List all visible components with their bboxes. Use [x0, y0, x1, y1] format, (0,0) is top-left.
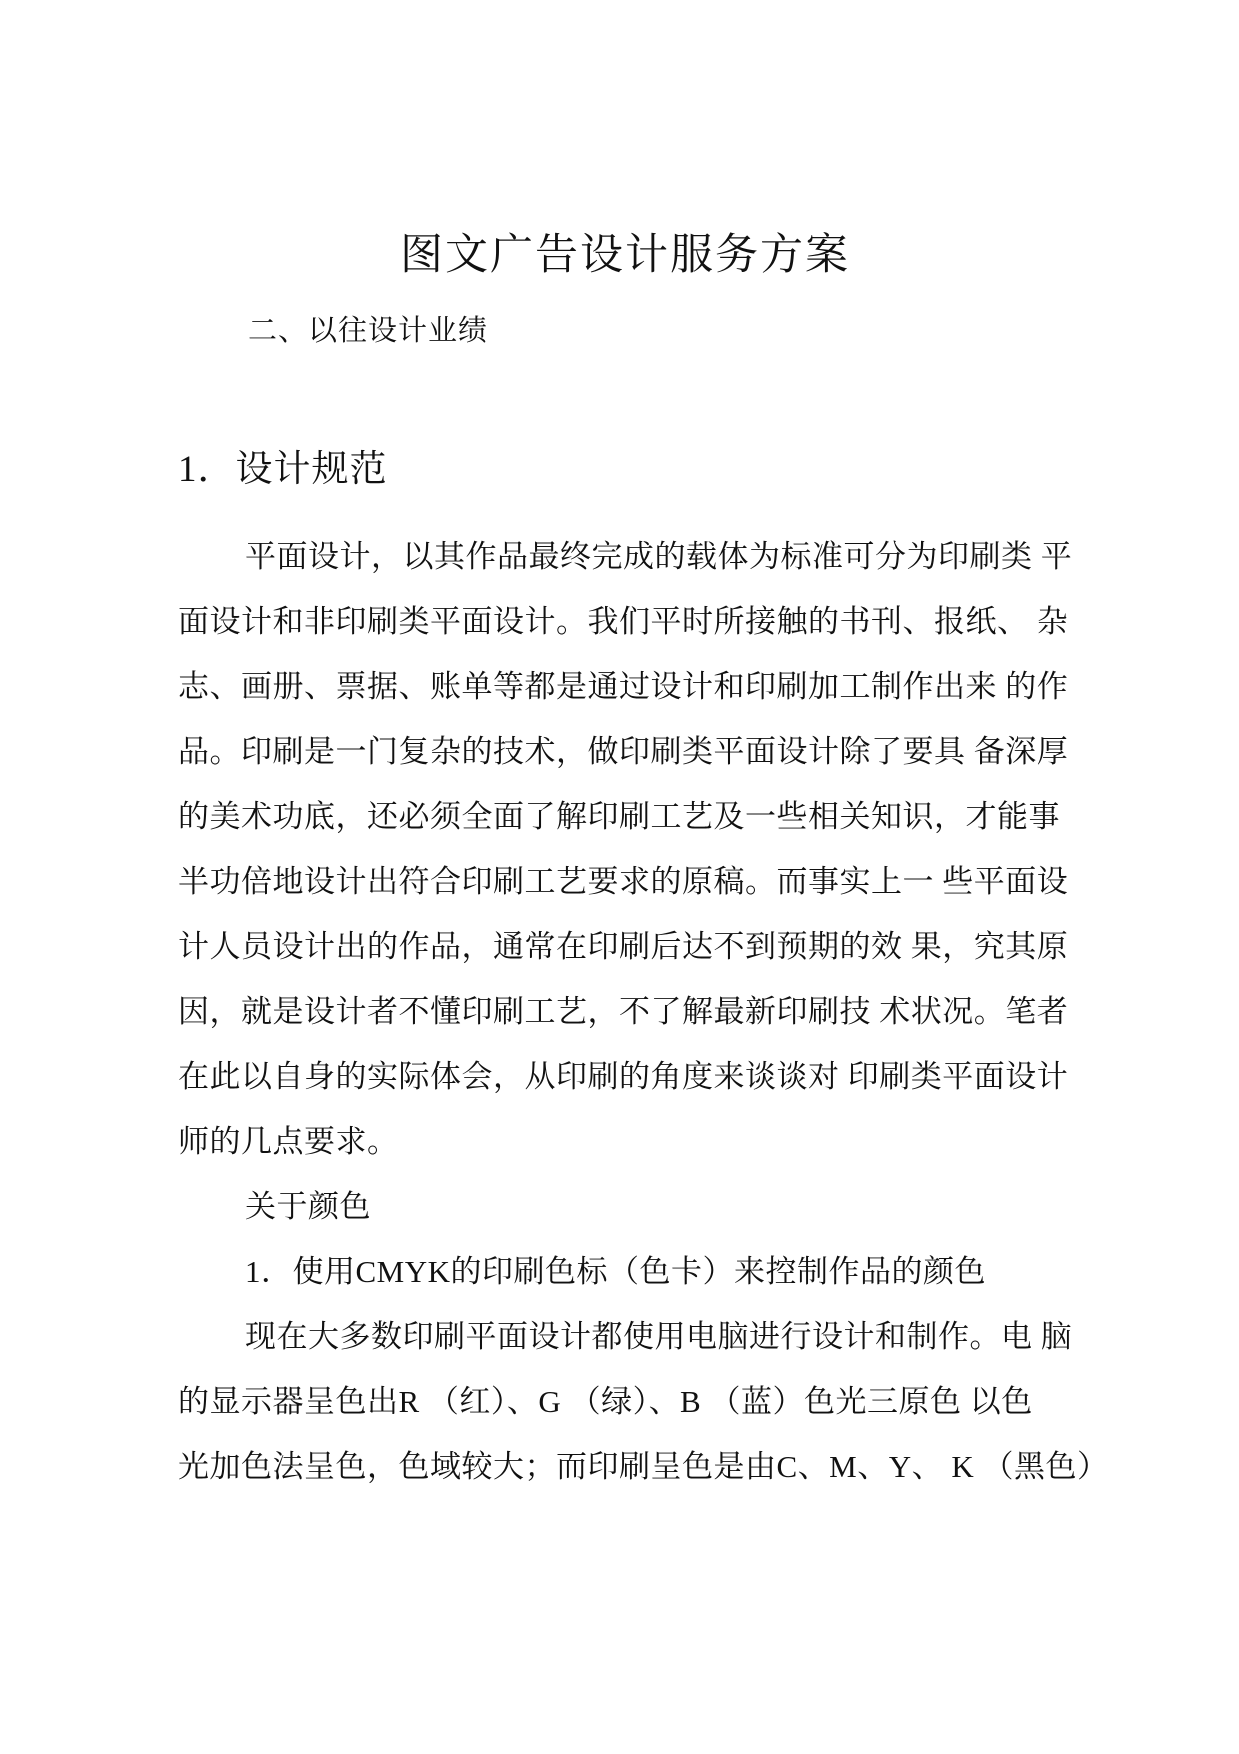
body-line: 在此以自身的实际体会，从印刷的角度来谈谈对 印刷类平面设计: [178, 1044, 1072, 1109]
body-line: 现在大多数印刷平面设计都使用电脑进行设计和制作。电 脑: [178, 1304, 1072, 1369]
body-line: 半功倍地设计出符合印刷工艺要求的原稿。而事实上一 些平面设: [178, 849, 1072, 914]
document-title: 图文广告设计服务方案: [178, 230, 1072, 282]
document-subtitle: 二、以往设计业绩: [178, 314, 1072, 348]
body-line: 的美术功底，还必须全面了解印刷工艺及一些相关知识，才能事: [178, 784, 1072, 849]
body-line: 光加色法呈色，色域较大；而印刷呈色是由C、M、Y、 K （黑色）: [178, 1434, 1072, 1499]
document-content-column: 图文广告设计服务方案 二、以往设计业绩 1．设计规范 平面设计，以其作品最终完成…: [178, 0, 1072, 1499]
body-line: 品。印刷是一门复杂的技术，做印刷类平面设计除了要具 备深厚: [178, 719, 1072, 784]
body-line: 师的几点要求。: [178, 1109, 1072, 1174]
body-line: 平面设计，以其作品最终完成的载体为标准可分为印刷类 平: [178, 524, 1072, 589]
body-line: 因，就是设计者不懂印刷工艺，不了解最新印刷技 术状况。笔者: [178, 979, 1072, 1044]
body-line: 1．使用CMYK的印刷色标（色卡）来控制作品的颜色: [178, 1239, 1072, 1304]
body-line: 面设计和非印刷类平面设计。我们平时所接触的书刊、报纸、 杂: [178, 589, 1072, 654]
document-page: 图文广告设计服务方案 二、以往设计业绩 1．设计规范 平面设计，以其作品最终完成…: [0, 0, 1239, 1754]
body-line: 志、画册、票据、账单等都是通过设计和印刷加工制作出来 的作: [178, 654, 1072, 719]
body-line: 关于颜色: [178, 1174, 1072, 1239]
document-body: 平面设计，以其作品最终完成的载体为标准可分为印刷类 平 面设计和非印刷类平面设计…: [178, 524, 1072, 1499]
section-heading: 1．设计规范: [178, 448, 1072, 492]
body-line: 的显示器呈色出R （红）、G （绿）、B （蓝）色光三原色 以色: [178, 1369, 1072, 1434]
body-line: 计人员设计出的作品，通常在印刷后达不到预期的效 果，究其原: [178, 914, 1072, 979]
